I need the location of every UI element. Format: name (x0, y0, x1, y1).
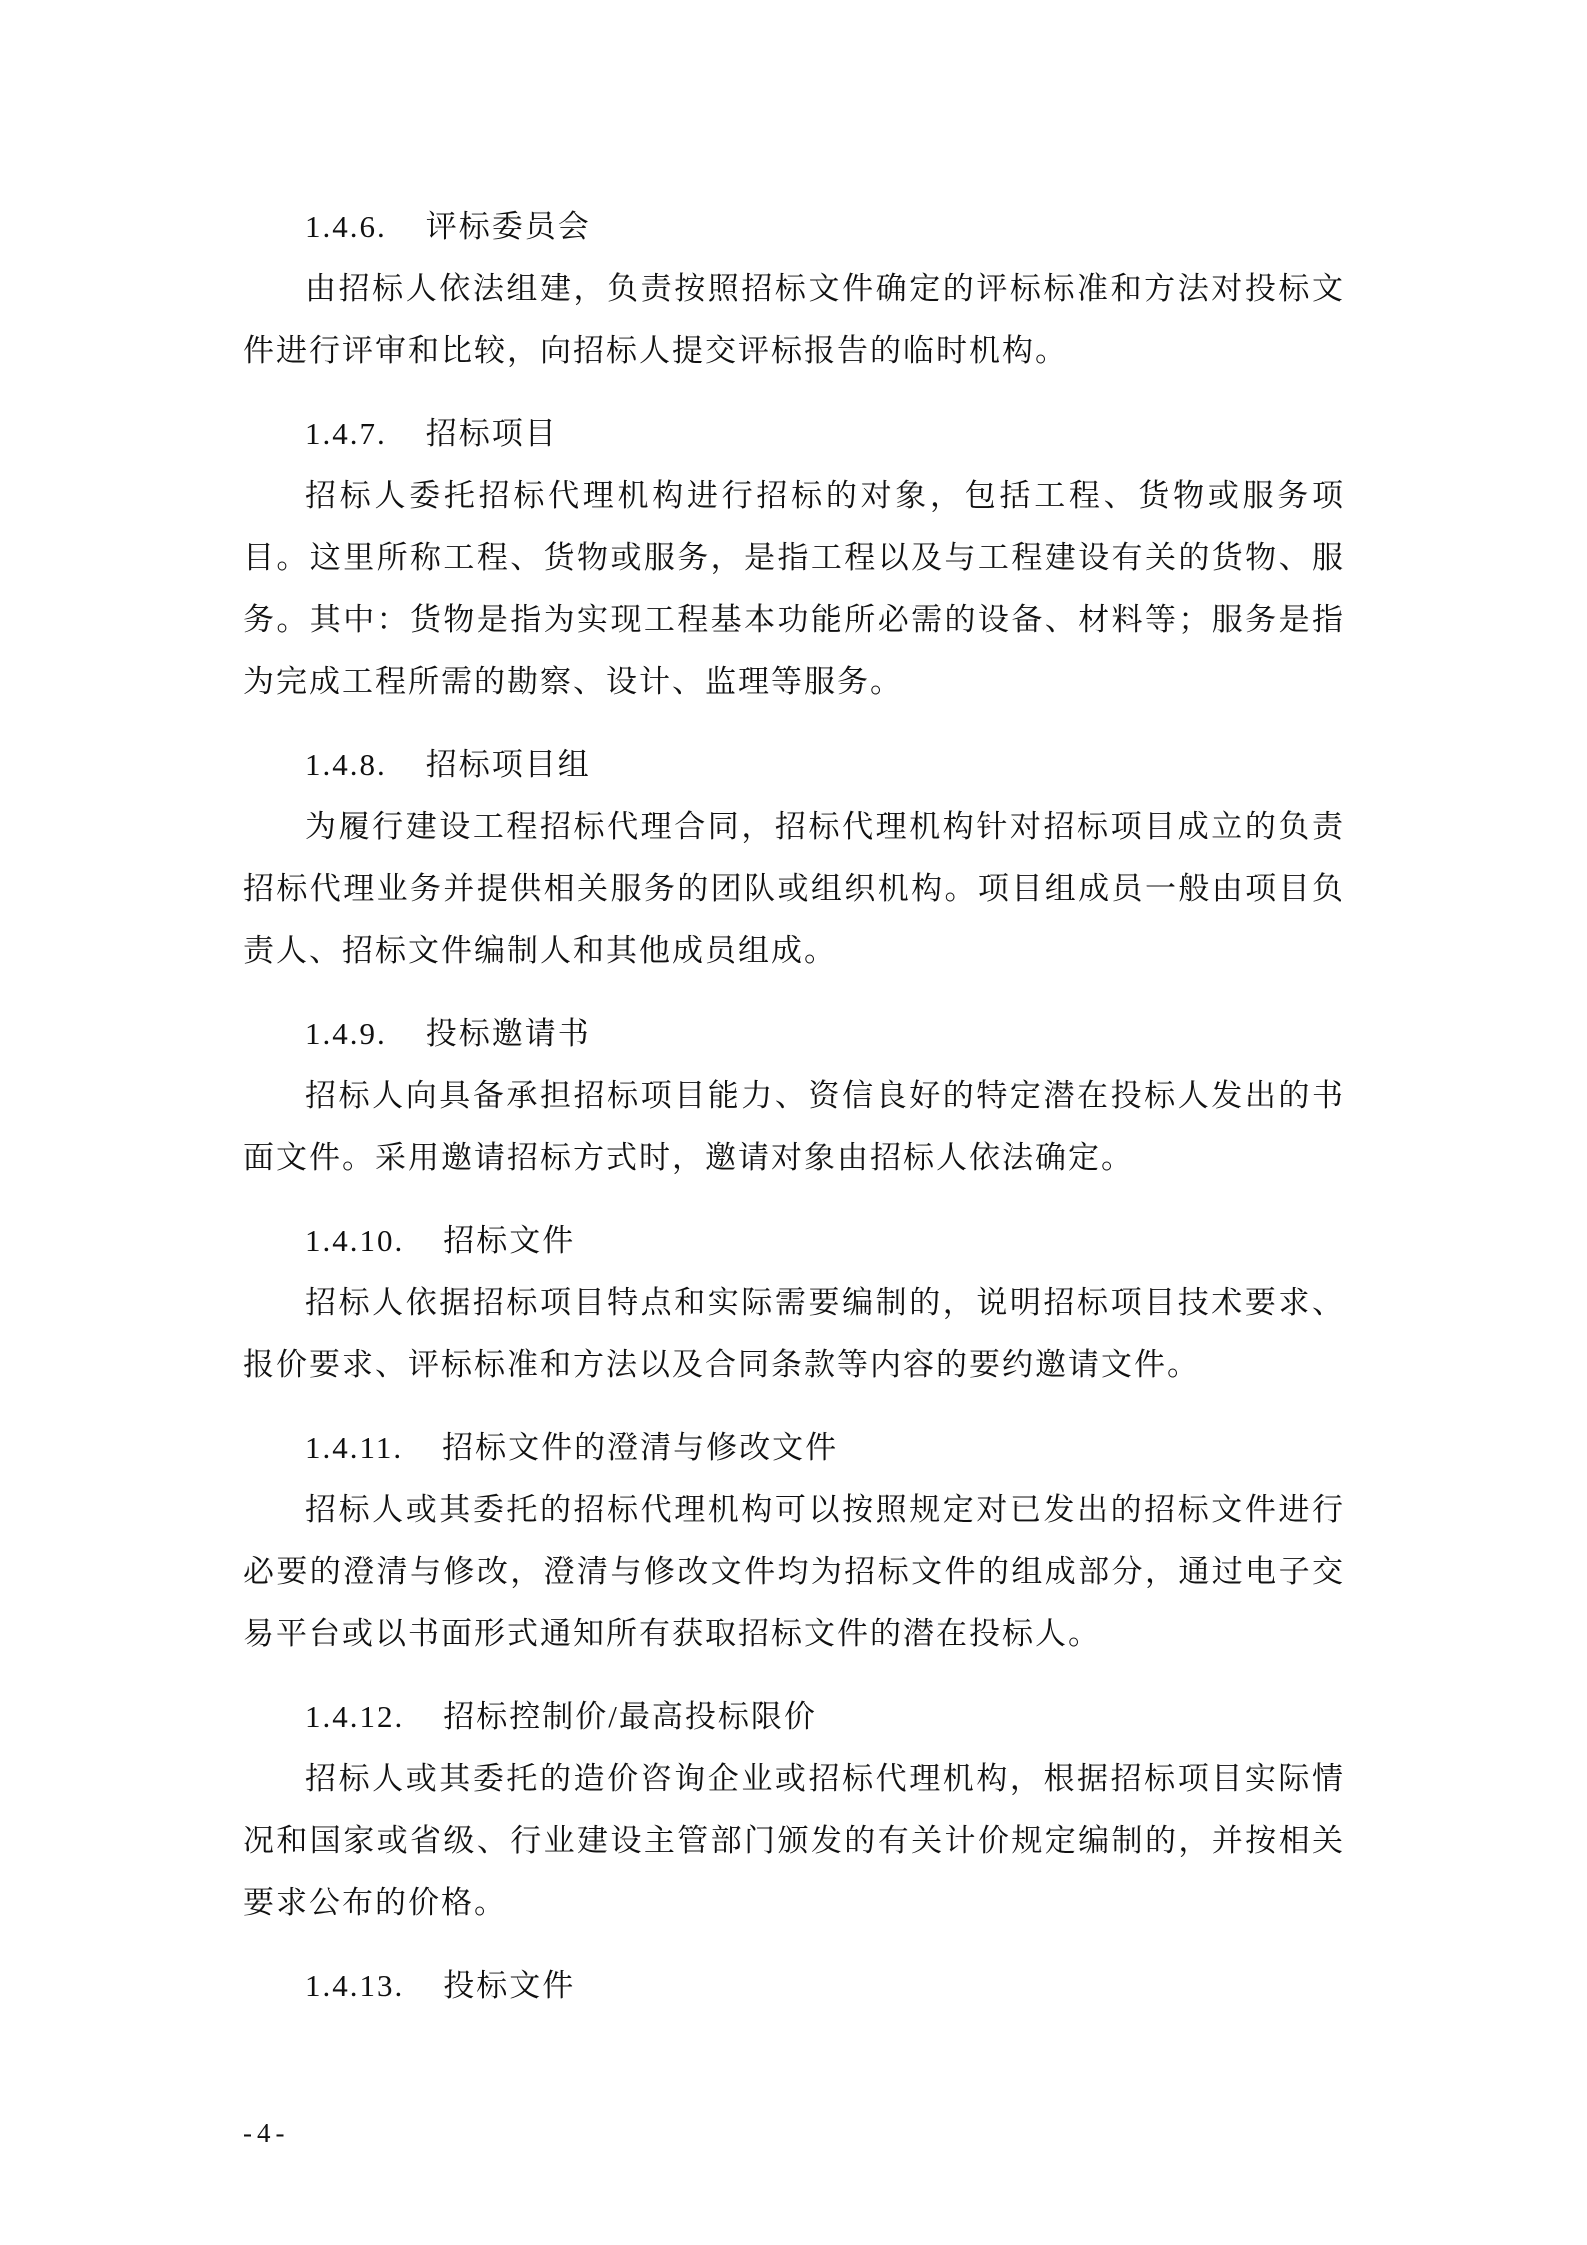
section-1-4-7: 1.4.7. 招标项目 招标人委托招标代理机构进行招标的对象，包括工程、货物或服… (243, 403, 1345, 713)
page-number: -4- (243, 2118, 289, 2149)
section-paragraph: 招标人或其委托的造价咨询企业或招标代理机构，根据招标项目实际情况和国家或省级、行… (243, 1748, 1345, 1934)
section-paragraph: 招标人或其委托的招标代理机构可以按照规定对已发出的招标文件进行必要的澄清与修改，… (243, 1479, 1345, 1665)
section-1-4-13: 1.4.13. 投标文件 (243, 1955, 1345, 2017)
section-paragraph: 招标人委托招标代理机构进行招标的对象，包括工程、货物或服务项目。这里所称工程、货… (243, 465, 1345, 713)
section-1-4-10: 1.4.10. 招标文件 招标人依据招标项目特点和实际需要编制的，说明招标项目技… (243, 1210, 1345, 1396)
section-heading: 1.4.7. 招标项目 (243, 403, 1345, 465)
document-body: 1.4.6. 评标委员会 由招标人依法组建，负责按照招标文件确定的评标标准和方法… (243, 196, 1345, 2017)
section-1-4-12: 1.4.12. 招标控制价/最高投标限价 招标人或其委托的造价咨询企业或招标代理… (243, 1686, 1345, 1934)
section-heading: 1.4.10. 招标文件 (243, 1210, 1345, 1272)
section-paragraph: 招标人向具备承担招标项目能力、资信良好的特定潜在投标人发出的书面文件。采用邀请招… (243, 1065, 1345, 1189)
section-1-4-8: 1.4.8. 招标项目组 为履行建设工程招标代理合同，招标代理机构针对招标项目成… (243, 734, 1345, 982)
section-heading: 1.4.12. 招标控制价/最高投标限价 (243, 1686, 1345, 1748)
section-1-4-11: 1.4.11. 招标文件的澄清与修改文件 招标人或其委托的招标代理机构可以按照规… (243, 1417, 1345, 1665)
section-heading: 1.4.9. 投标邀请书 (243, 1003, 1345, 1065)
section-heading: 1.4.8. 招标项目组 (243, 734, 1345, 796)
section-paragraph: 为履行建设工程招标代理合同，招标代理机构针对招标项目成立的负责招标代理业务并提供… (243, 796, 1345, 982)
section-heading: 1.4.6. 评标委员会 (243, 196, 1345, 258)
section-1-4-9: 1.4.9. 投标邀请书 招标人向具备承担招标项目能力、资信良好的特定潜在投标人… (243, 1003, 1345, 1189)
document-page: 1.4.6. 评标委员会 由招标人依法组建，负责按照招标文件确定的评标标准和方法… (0, 0, 1587, 2245)
section-1-4-6: 1.4.6. 评标委员会 由招标人依法组建，负责按照招标文件确定的评标标准和方法… (243, 196, 1345, 382)
section-heading: 1.4.11. 招标文件的澄清与修改文件 (243, 1417, 1345, 1479)
section-paragraph: 招标人依据招标项目特点和实际需要编制的，说明招标项目技术要求、报价要求、评标标准… (243, 1272, 1345, 1396)
section-paragraph: 由招标人依法组建，负责按照招标文件确定的评标标准和方法对投标文件进行评审和比较，… (243, 258, 1345, 382)
section-heading: 1.4.13. 投标文件 (243, 1955, 1345, 2017)
